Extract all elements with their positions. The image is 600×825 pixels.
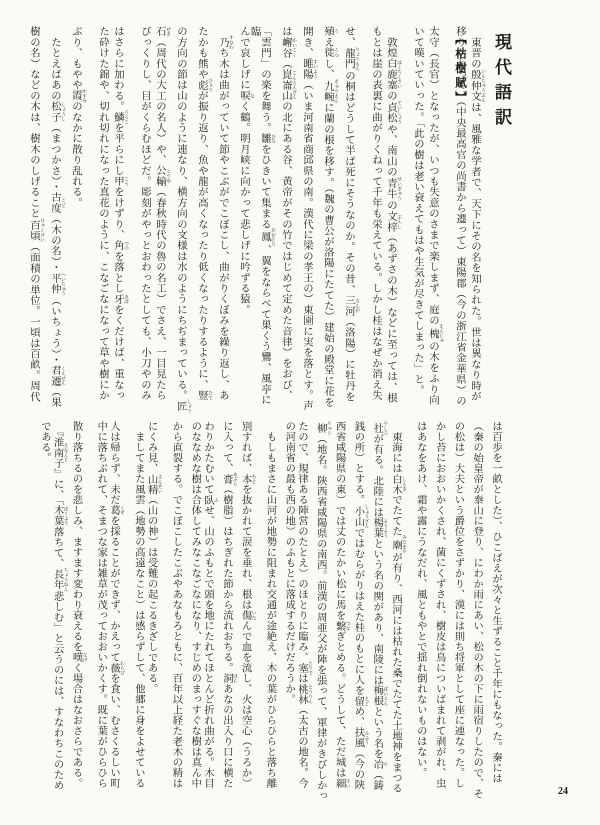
text-column: である。 (30, 421, 49, 801)
ruby-annotated-word: 殖う (322, 26, 333, 37)
ruby-annotated-word: 洞ほら (221, 673, 232, 684)
text-column: は百歩を一畝とした）、ひこばえが次々と生ずること千年にもなった。秦には (481, 421, 500, 801)
ruby-annotated-word: 匠しょう (175, 401, 186, 414)
ruby-annotated-word: 扶風ふふう (352, 727, 363, 748)
ruby-annotated-word: 崑崙山こんろんざん (280, 69, 291, 101)
ruby-annotated-word: 石せき (154, 26, 165, 37)
text-column: （秦の始皇帝が泰山に登り、にわか雨にあい、松の木の下に雨宿りしたので、そ (462, 421, 481, 801)
ruby-annotated-word: 細さい (334, 778, 345, 789)
ruby-annotated-word: 嶰谷かいこく (280, 37, 291, 58)
ruby-annotated-word: 古度こど (49, 192, 60, 213)
ruby-annotated-word: 徙うつ (322, 47, 333, 58)
text-column: にくみ見、山精さんせい（山の神）は受難の起こるきざしである。 (143, 421, 162, 801)
ruby-annotated-word: 雎陽すいよう (301, 58, 312, 79)
text-column: 太守（長官）となったが、いつも失意のさまで楽しまず、庭の槐えんじゅの木をふり向 (422, 26, 443, 414)
text-column: から直裂する。でこぼこしたこぶやあなもろともに、百年以上経た老木の精は (162, 421, 181, 801)
text-column: わりかたむいて臥ふせ、山のふもとで頭を地にたれてほとんど折れ曲がる。木目 (199, 421, 218, 801)
text-column: 「雲門」の楽を舞う。雛ひなをひきいて集まる鳳おおとり、翼をならべて巣くう鸞、風亭… (254, 26, 275, 414)
ruby-annotated-word: 鱗うろこ (112, 112, 123, 123)
book-page: 現代語訳 【枯樹賦】 東晋の殷仲文いんちゅうぶんは、風雅な学者で、天下にその名を… (0, 0, 600, 825)
text-column: 東晋の殷仲文いんちゅうぶんは、風雅な学者で、天下にその名を知られた。世は異なり時… (464, 26, 485, 414)
text-column: ましてまた風雲（地勢の高遠なこと）は感らずして、他郷に身をよせている (124, 421, 143, 801)
ruby-annotated-word: 木葉ぼくよう (52, 505, 63, 526)
text-column: 社やしろが有る。北陸には楊葉ようようという名の関があり、南陵には梅根ばいこんとい… (368, 421, 387, 801)
ruby-annotated-word: 唳な (238, 90, 249, 101)
text-column: は嶰谷かいこく（崑崙山こんろんざんの北にある谷、黄帝がその竹ではじめて定めた音律… (275, 26, 296, 414)
text-column: 開き、雎陽すいよう（いま河南省商邱県の南。漢代に梁の孝王の）東園に実を落とす。声 (296, 26, 317, 414)
text-column: 移りかわって、（中央最高官の尚書から遷って）東陽郡（今の浙江省金華県）の (443, 26, 464, 414)
ruby-annotated-word: 龍門りょうもん (343, 47, 354, 70)
text-column: ぶり、もやや霞かすみのなかに散り乱れる。 (65, 26, 86, 414)
text-column: はあなをあけ、霜や露にうなだれ、風ともやとで揺れ倒れないものはない。 (406, 421, 425, 801)
ruby-annotated-word: 廟みたまや (390, 537, 401, 552)
ruby-annotated-word: 青牛せいぎゅう (385, 177, 396, 200)
ruby-annotated-word: 殷仲文いんちゅうぶん (469, 69, 480, 102)
text-column: 東海には白木しらきでたてた廟みたまやが有り、西河には枯れた桑でたてた土地神をまつ… (387, 421, 406, 801)
text-column: の方向の節は山のように連なり、横方向の文様は水のようにちぢまっている。匠しょう (170, 26, 191, 414)
ruby-annotated-word: 九畹きゅうえん (322, 80, 333, 103)
ruby-annotated-word: 楊葉ようよう (371, 517, 382, 538)
ruby-annotated-word: 臥ふ (202, 495, 213, 506)
ruby-annotated-word: 白鹿塞はくろくさい (385, 58, 396, 90)
text-column: はさらに加わる。鱗うろこを平らにし甲こうをけずり、角つのを落とし牙きばをくだけば… (107, 26, 128, 414)
top-text-block: 東晋の殷仲文いんちゅうぶんは、風雅な学者で、天下にその名を知られた。世は異なり時… (23, 26, 485, 414)
ruby-annotated-word: 槐えんじゅ (427, 326, 438, 341)
ruby-annotated-word: 桃林とうりん (296, 684, 307, 705)
text-column: んで哀しげに唳なく鶴。明月峡に向かって悲しげに吟ずる猿。 (233, 26, 254, 414)
ruby-annotated-word: 牙きば (112, 294, 123, 305)
text-column: の河南省の最も西の地）のふもとに落成するだけだろうか。 (274, 421, 293, 801)
page-number: 24 (558, 786, 568, 797)
text-column: かし苔におおいかくされ、菌にくずされ、樹皮は鳥についばまれて剥がれ、虫 (425, 421, 444, 801)
bottom-text-block: は百歩を一畝とした）、ひこばえが次々と生ずること千年にもなった。秦には（秦の始皇… (30, 421, 500, 801)
ruby-annotated-word: 留とど (352, 696, 363, 707)
ruby-annotated-word: 冶や (371, 759, 382, 770)
ruby-annotated-word: 豎たて (196, 390, 207, 401)
text-column: に入って、膏あぶら（樹脂）はちぎれた節から流れおちる。洞ほらあなの出入り口に横た (218, 421, 237, 801)
text-column: 『淮南子えなんじ』に、「木葉ぼくよう落ちて、長年ちょうねん悲しむ」と云うのには、… (49, 421, 68, 801)
ruby-annotated-word: 雛ひな (259, 133, 270, 144)
text-column: たとえばあの松子しょうし（まつかさ）・古度こど（木の名）・平仲へいちゅう（いちょ… (44, 26, 65, 414)
ruby-annotated-word: 松子しょうし (49, 101, 60, 122)
ruby-annotated-word: 三河さんが (343, 295, 354, 316)
ruby-annotated-word: 甲こう (112, 176, 123, 187)
ruby-annotated-word: 傷いた (240, 610, 251, 621)
text-column: 銭の所）とする。小山しょうざんではむらがりはえた桂のもとに人を留とどめ、扶風ふふ… (350, 421, 369, 801)
text-column: 乃すなわち木は曲がっていて節やこぶがでこぼこし、曲がりくぼみを繰り返し、あ (212, 26, 233, 414)
text-column: た砕けた錦や、切れ切れになった真花のように、こなごなになって草や樹にか (86, 26, 107, 414)
ruby-annotated-word: 霞かすみ (70, 90, 81, 101)
text-column: 殖うえ徙うつし、九畹きゅうえんに蘭の根を移す。（魏の曹公が洛陽にたてた）建始の殿… (317, 26, 338, 414)
text-column: いて嘆いていった。「此の樹は老い衰えてもはや生気が尽きてしまった」と。 (401, 26, 422, 414)
ruby-annotated-word: 長年ちょうねん (52, 568, 63, 591)
ruby-annotated-word: 梅根ばいこん (371, 685, 382, 706)
ruby-annotated-word: 君遷くんせん (49, 365, 60, 386)
ruby-annotated-word: 角つの (112, 240, 123, 251)
text-column: 中に落ちぶれて、そまつな家は雑草が茂っておおいかくす。既に葉がひらひら (86, 421, 105, 801)
ruby-annotated-word: 白木しらき (390, 474, 401, 495)
ruby-annotated-word: 鳳おおとり (259, 229, 270, 244)
ruby-annotated-word: 小山しょうざん (352, 505, 363, 528)
ruby-annotated-word: 社やしろ (371, 421, 382, 433)
ruby-annotated-word: 薇わらび (108, 663, 119, 674)
text-column: びっくりし、目がくらむほどだ。彫刻がやっとおわったとしても、小刀やのみ (128, 26, 149, 414)
ruby-annotated-word: 淮南子えなんじ (52, 437, 63, 469)
ruby-annotated-word: 公輸こうゆ (154, 165, 165, 186)
ruby-annotated-word: 貞松ていしょう (385, 101, 396, 124)
text-column: 柳りゅう（地名。陝西省咸陽県の南西。前漢の周亜父が陣を張って、軍律がきびしかっ (312, 421, 331, 801)
ruby-annotated-word: 嘆なげ (70, 652, 81, 663)
ruby-annotated-word: 柳りゅう (315, 421, 326, 433)
text-column: もとは崖の表裏に曲がりくねって千年も栄えている。しかし桂はなぜか消え失 (359, 26, 380, 414)
ruby-annotated-word: 葛くず (108, 505, 119, 516)
text-column: たかも熊や彪ひょうが振り返り、魚や龍が高くなったり低くなったりするように、豎たて (191, 26, 212, 414)
text-column: 西省咸陽県の東）では丈のたかい松に馬を繋つなぎとめる。どうして、ただ城は細さい (331, 421, 350, 801)
text-column: 人は帰らず、未だ葛くずを採ることができず、かえって薇わらびを食い、むさくるしい町 (105, 421, 124, 801)
ruby-annotated-word: 百頃ひゃくけい (28, 219, 39, 242)
text-column: 敦煌白鹿塞はくろくさいの貞松ていしょうや、南山の青牛せいぎゅうの文梓ぶんし（あず… (380, 26, 401, 414)
text-column: 別すれば、本もとを抜かれて涙を垂れ、根は傷いたんで血を流し、火は空心（うろか） (237, 421, 256, 801)
ruby-annotated-word: 本もと (240, 474, 251, 485)
text-column: 石せき（周代の大工の名人）や、公輸こうゆ（春秋時代の魯の名工）でさえ、一目見たら (149, 26, 170, 414)
ruby-annotated-word: 平仲へいちゅう (49, 272, 60, 295)
page-title: 現代語訳 (489, 33, 514, 133)
text-column: もしもまさに山河が地勢に阻まれ交通が途絶え、木の葉がひらひらと落ち離 (256, 421, 275, 801)
text-column: 散り落ちるのを悲しみ、ますます変わり衰えるを嘆なげく場合はなおさらである。 (68, 421, 87, 801)
text-column: のななめな樹は合体してみなこなごなになり、すじめのまっすぐな樹は真ん中 (180, 421, 199, 801)
ruby-annotated-word: 山精さんせい (146, 474, 157, 495)
ruby-annotated-word: 彪ひょう (196, 80, 207, 91)
text-column: の松は）大夫という爵位をさずかり、漢には則ち将軍として座に連なった。し (444, 421, 463, 801)
text-column: 樹の名）などの木は、樹木のしげること百頃ひゃくけい（面積の単位。一頃は百畝。周代 (23, 26, 44, 414)
ruby-annotated-word: 乃すなわ (217, 37, 228, 48)
ruby-annotated-word: 文梓ぶんし (385, 211, 396, 232)
text-column: せ、龍門りょうもんの桐はどうして半ば死にそうなのか。その昔、三河さんが（洛陽）に… (338, 26, 359, 414)
ruby-annotated-word: 膏あぶら (221, 474, 232, 485)
text-column: たので、規律ある陣営のたとえ）のほとりに臨み、塞とりでは桃林とうりん（太古の地名… (293, 421, 312, 801)
ruby-annotated-word: 繋つな (334, 621, 345, 632)
ruby-annotated-word: 塞とりで (296, 663, 307, 674)
